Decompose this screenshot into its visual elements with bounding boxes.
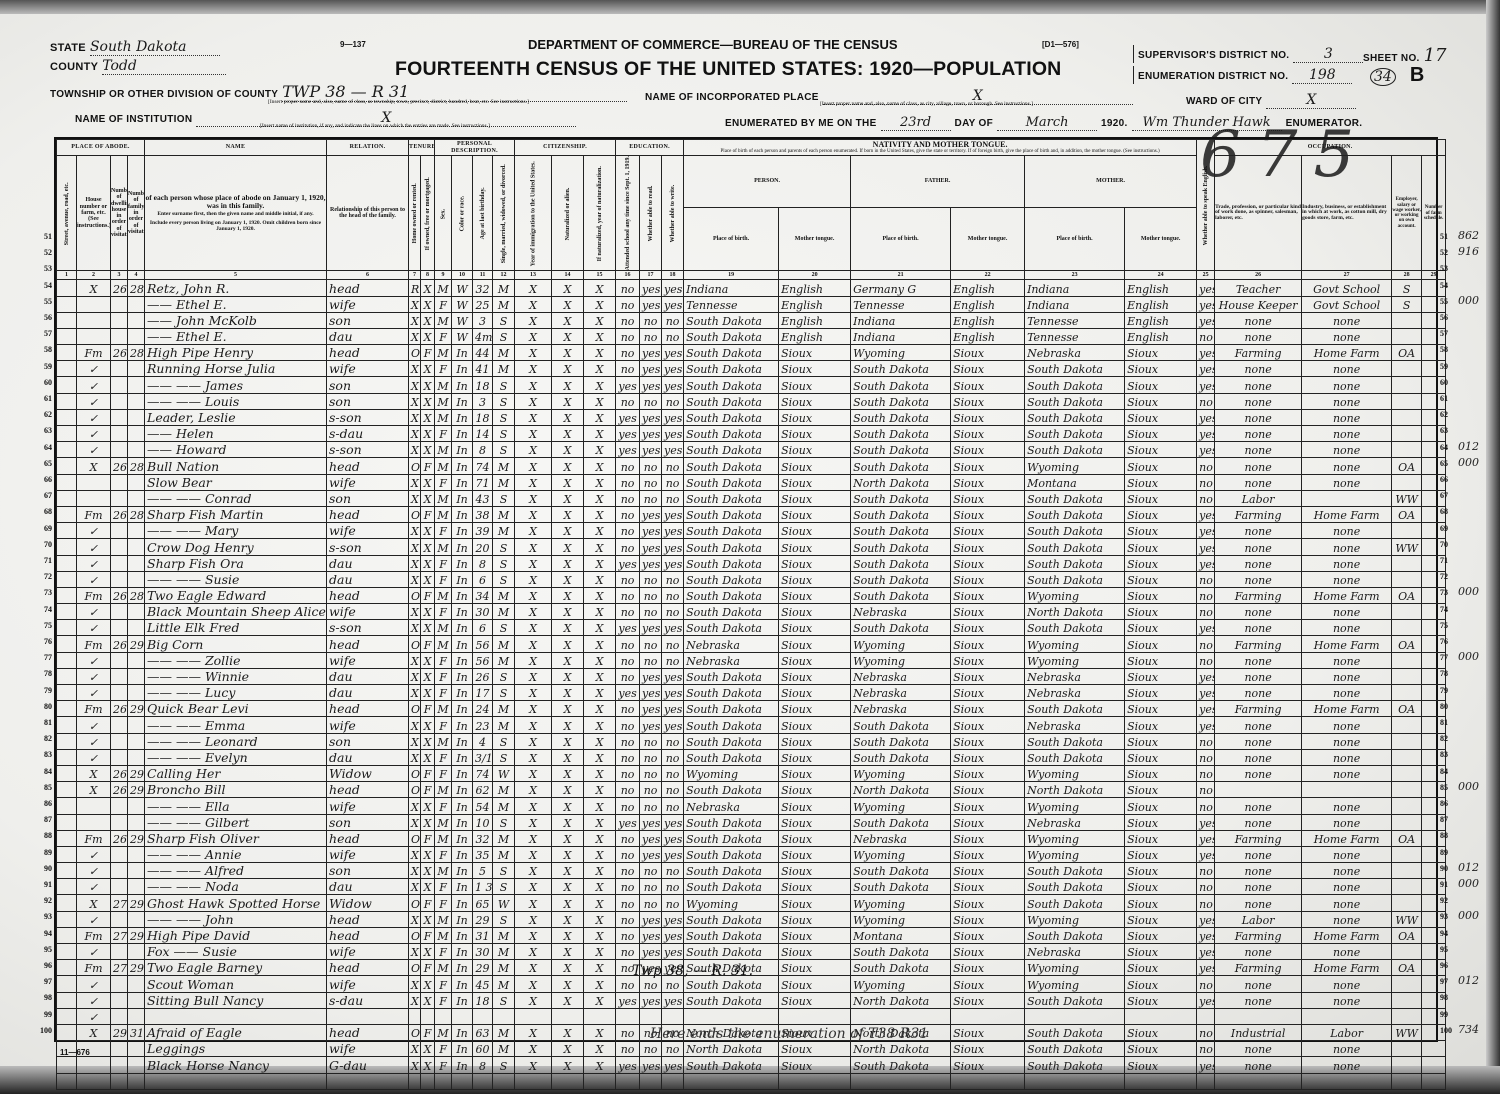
immigration-year-cell: X [515,765,552,781]
home-owned-cell: X [409,733,421,749]
marital-status-cell: S [493,393,515,409]
relation-cell [327,1008,409,1024]
family-number-cell [128,426,145,442]
street-cell [57,652,77,668]
sex-cell: M [435,490,452,506]
line-number-left: 55 [34,297,52,306]
employment-class-cell: OA [1392,506,1422,522]
mother-mother-tongue-cell: Sioux [1125,539,1197,555]
column-number: 2 [77,271,111,280]
father-birthplace-cell: South Dakota [851,393,951,409]
col-12-header: Single, married, widowed, or divorced. [493,156,515,271]
birthplace-cell: South Dakota [684,782,779,798]
father-birthplace-cell: North Dakota [851,992,951,1008]
street-cell [57,345,77,361]
house-number-cell: X [77,765,111,781]
naturalized-cell: X [552,992,584,1008]
line-number-right: 86 [1440,799,1458,808]
naturalized-cell: X [552,539,584,555]
immigration-year-cell: X [515,474,552,490]
occupation-industry-cell: none [1302,911,1392,927]
marital-status-cell: M [493,944,515,960]
age-cell: 60 [473,1041,493,1057]
speaks-english-cell: yes [1197,523,1215,539]
speaks-english-cell [1197,1008,1215,1024]
marital-status-cell: M [493,361,515,377]
naturalization-year-cell: X [584,911,616,927]
father-birthplace-cell: Nebraska [851,668,951,684]
employment-class-cell: OA [1392,927,1422,943]
employment-class-cell [1392,717,1422,733]
marital-status-cell: S [493,426,515,442]
occupation-industry-cell: none [1302,409,1392,425]
able-to-write-cell [662,1008,684,1024]
naturalization-year-cell: X [584,377,616,393]
speaks-english-cell: yes [1197,814,1215,830]
father-tongue-cell: Sioux [951,992,1025,1008]
age-cell: 45 [473,976,493,992]
mother-birthplace-cell: South Dakota [1025,1024,1125,1040]
mother-birthplace-cell: South Dakota [1025,927,1125,943]
employment-class-cell [1392,668,1422,684]
relation-cell: head [327,587,409,603]
mother-mother-tongue-cell: Sioux [1125,879,1197,895]
street-cell [57,523,77,539]
father-birthplace-cell: Nebraska [851,685,951,701]
person-name-cell: —— Howard [145,442,327,458]
relation-cell: son [327,733,409,749]
sex-cell: F [435,426,452,442]
mother-birthplace-cell: South Dakota [1025,361,1125,377]
race-cell: In [452,960,473,976]
house-number-cell [77,296,111,312]
naturalization-year-cell: X [584,587,616,603]
col-6-header: Relationship of this person to the head … [327,156,409,271]
able-to-write-cell [662,1073,684,1089]
birthplace-cell: South Dakota [684,312,779,328]
col-9-header: Sex. [435,156,452,271]
attended-school-cell: no [616,652,640,668]
mother-mother-tongue-cell: Sioux [1125,749,1197,765]
person-name-cell [145,1073,327,1089]
immigration-year-cell: X [515,426,552,442]
employment-class-cell [1392,1041,1422,1057]
immigration-year-cell: X [515,571,552,587]
department-heading: DEPARTMENT OF COMMERCE—BUREAU OF THE CEN… [528,37,898,52]
line-number-left: 64 [34,443,52,452]
owned-free-cell: X [421,733,435,749]
relation-cell: head [327,345,409,361]
line-number-left: 89 [34,848,52,857]
speaks-english-cell: no [1197,604,1215,620]
mother-tongue-cell: Sioux [779,571,851,587]
sex-cell: F [435,296,452,312]
table-row: Black Horse NancyG-dauXXFIn8SXXXyesyesye… [57,1057,1446,1073]
margin-code-note: 012 [1458,861,1479,874]
line-number-left: 56 [34,313,52,322]
speaks-english-cell: yes [1197,361,1215,377]
race-cell: In [452,863,473,879]
house-number-cell: ✓ [77,1008,111,1024]
able-to-read-cell: no [640,636,662,652]
dwelling-number-cell [111,717,128,733]
immigration-year-cell: X [515,587,552,603]
family-number-cell: 289 [128,506,145,522]
line-number-left: 85 [34,783,52,792]
family-number-cell [128,944,145,960]
race-cell: W [452,280,473,296]
race-cell [452,1073,473,1089]
birthplace-cell: North Dakota [684,1041,779,1057]
line-number-right: 75 [1440,621,1458,630]
house-number-cell: ✓ [77,604,111,620]
able-to-write-cell: yes [662,539,684,555]
margin-code-note: 000 [1458,294,1479,307]
home-owned-cell: X [409,944,421,960]
house-number-cell: X [77,895,111,911]
naturalization-year-cell: X [584,701,616,717]
family-number-cell: 296 [128,927,145,943]
line-number-right: 57 [1440,329,1458,338]
occupation-industry-cell: Home Farm [1302,587,1392,603]
attended-school-cell: no [616,782,640,798]
age-cell: 25 [473,296,493,312]
table-row: ✓Little Elk Freds-sonXXMIn6SXXXyesyesyes… [57,620,1446,636]
immigration-year-cell: X [515,604,552,620]
col-21-header: Place of birth. [851,208,951,271]
street-cell [57,361,77,377]
employment-class-cell [1392,733,1422,749]
naturalization-year-cell: X [584,879,616,895]
occupation-industry-cell: none [1302,798,1392,814]
street-cell [57,474,77,490]
group-education: EDUCATION. [616,140,684,156]
naturalization-year-cell: X [584,409,616,425]
relation-cell: head [327,506,409,522]
family-number-cell [128,733,145,749]
father-tongue-cell: Sioux [951,393,1025,409]
family-number-cell: 297 [128,960,145,976]
age-cell: 6 [473,620,493,636]
dwelling-number-cell [111,1073,128,1089]
table-row: Fm269294Sharp Fish OliverheadOFMIn32MXXX… [57,830,1446,846]
naturalized-cell: X [552,830,584,846]
line-number-right: 74 [1440,605,1458,614]
marital-status-cell: S [493,814,515,830]
naturalized-cell: X [552,280,584,296]
owned-free-cell: X [421,798,435,814]
birthplace-cell: South Dakota [684,685,779,701]
house-number-cell: ✓ [77,717,111,733]
person-name-cell: Sitting Bull Nancy [145,992,327,1008]
family-number-cell: 286 [128,280,145,296]
line-number-left: 74 [34,605,52,614]
birthplace-cell: South Dakota [684,911,779,927]
able-to-write-cell: yes [662,523,684,539]
occupation-trade-cell: none [1215,620,1302,636]
immigration-year-cell: X [515,620,552,636]
relation-cell: s-dau [327,992,409,1008]
attended-school-cell: no [616,1024,640,1040]
able-to-read-cell: yes [640,409,662,425]
mother-mother-tongue-cell: Sioux [1125,377,1197,393]
marital-status-cell: M [493,604,515,620]
immigration-year-cell: X [515,409,552,425]
naturalization-year-cell: X [584,749,616,765]
naturalization-year-cell: X [584,992,616,1008]
age-cell: 34 [473,587,493,603]
sex-cell: M [435,1024,452,1040]
able-to-read-cell: yes [640,361,662,377]
occupation-industry-cell: none [1302,895,1392,911]
father-tongue-cell: Sioux [951,620,1025,636]
sex-cell: F [435,474,452,490]
owned-free-cell: X [421,604,435,620]
occupation-industry-cell: none [1302,555,1392,571]
line-number-left: 95 [34,945,52,954]
able-to-write-cell: no [662,733,684,749]
mother-mother-tongue-cell: Sioux [1125,927,1197,943]
occupation-trade-cell [1215,1073,1302,1089]
marital-status-cell: W [493,895,515,911]
speaks-english-cell: no [1197,490,1215,506]
mother-birthplace-cell: Nebraska [1025,685,1125,701]
line-number-right: 81 [1440,718,1458,727]
marital-status-cell: M [493,846,515,862]
line-number-right: 56 [1440,313,1458,322]
ed-label: ENUMERATION DISTRICT NO. [1138,71,1288,82]
employment-class-cell [1392,749,1422,765]
mother-birthplace-cell: South Dakota [1025,1057,1125,1073]
house-number-cell: ✓ [77,442,111,458]
person-name-cell: Scout Woman [145,976,327,992]
col-25-header: Whether able to speak English. [1197,140,1215,271]
naturalization-year-cell: X [584,555,616,571]
home-owned-cell: X [409,863,421,879]
house-number-cell: ✓ [77,944,111,960]
mother-mother-tongue-cell: Sioux [1125,863,1197,879]
subgroup-mother: MOTHER. [1025,156,1197,208]
mother-mother-tongue-cell [1125,1008,1197,1024]
able-to-write-cell: no [662,604,684,620]
dwelling-number-cell [111,523,128,539]
race-cell: In [452,1024,473,1040]
naturalized-cell: X [552,555,584,571]
father-birthplace-cell: Nebraska [851,701,951,717]
person-name-cell: —— —— Winnie [145,668,327,684]
able-to-read-cell: yes [640,523,662,539]
speaks-english-cell: yes [1197,296,1215,312]
relation-cell: wife [327,717,409,733]
birthplace-cell: South Dakota [684,944,779,960]
col-14-header: Naturalized or alien. [552,156,584,271]
dwelling-number-cell [111,604,128,620]
age-cell: 20 [473,539,493,555]
naturalization-year-cell: X [584,636,616,652]
employment-class-cell [1392,1057,1422,1073]
speaks-english-cell: yes [1197,944,1215,960]
occupation-trade-cell: none [1215,717,1302,733]
speaks-english-cell: yes [1197,927,1215,943]
mother-mother-tongue-cell: Sioux [1125,846,1197,862]
relation-cell: dau [327,879,409,895]
able-to-write-cell: no [662,895,684,911]
relation-cell: wife [327,361,409,377]
birthplace-cell: South Dakota [684,830,779,846]
sex-cell [435,1073,452,1089]
occupation-industry-cell: none [1302,733,1392,749]
sex-cell: F [435,555,452,571]
naturalization-year-cell: X [584,328,616,344]
column-number: 23 [1025,271,1125,280]
home-owned-cell: X [409,668,421,684]
owned-free-cell: X [421,426,435,442]
speaks-english-cell: yes [1197,668,1215,684]
race-cell: In [452,668,473,684]
street-cell [57,782,77,798]
line-number-right: 94 [1440,929,1458,938]
occupation-industry-cell: Home Farm [1302,506,1392,522]
home-owned-cell [409,1073,421,1089]
sex-cell: F [435,976,452,992]
naturalization-year-cell: X [584,426,616,442]
home-owned-cell: X [409,1041,421,1057]
father-birthplace-cell: South Dakota [851,361,951,377]
street-cell [57,1057,77,1073]
age-cell: 74 [473,765,493,781]
father-tongue-cell: Sioux [951,863,1025,879]
race-cell: In [452,765,473,781]
owned-free-cell: X [421,571,435,587]
occupation-industry-cell: none [1302,620,1392,636]
mother-birthplace-cell: Nebraska [1025,944,1125,960]
father-tongue-cell: Sioux [951,426,1025,442]
attended-school-cell: no [616,280,640,296]
naturalization-year-cell: X [584,506,616,522]
occupation-industry-cell: none [1302,814,1392,830]
birthplace-cell: South Dakota [684,555,779,571]
owned-free-cell: X [421,539,435,555]
table-row: Fm271296High Pipe DavidheadOFMIn31MXXXno… [57,927,1446,943]
column-number: 3 [111,271,128,280]
immigration-year-cell: X [515,393,552,409]
sex-cell: M [435,458,452,474]
occupation-trade-cell: none [1215,458,1302,474]
immigration-year-cell: X [515,296,552,312]
speaks-english-cell: no [1197,895,1215,911]
marital-status-cell: S [493,571,515,587]
able-to-read-cell: no [640,782,662,798]
mother-tongue-cell: Sioux [779,620,851,636]
naturalization-year-cell: X [584,765,616,781]
father-birthplace-cell: Nebraska [851,830,951,846]
able-to-read-cell: yes [640,927,662,943]
father-tongue-cell: Sioux [951,846,1025,862]
father-tongue-cell: Sioux [951,749,1025,765]
mother-birthplace-cell: Tennesse [1025,328,1125,344]
occupation-industry-cell: none [1302,312,1392,328]
relation-cell: Widow [327,765,409,781]
occupation-industry-cell [1302,490,1392,506]
able-to-write-cell: yes [662,1057,684,1073]
father-birthplace-cell: Wyoming [851,765,951,781]
street-cell [57,960,77,976]
speaks-english-cell: yes [1197,701,1215,717]
line-number-right: 54 [1440,281,1458,290]
employment-class-cell: OA [1392,587,1422,603]
naturalization-year-cell: X [584,927,616,943]
person-name-cell: Sharp Fish Martin [145,506,327,522]
able-to-read-cell: yes [640,442,662,458]
father-birthplace-cell: Montana [851,927,951,943]
home-owned-cell: X [409,1057,421,1073]
father-tongue-cell: English [951,312,1025,328]
person-name-cell: Sharp Fish Oliver [145,830,327,846]
able-to-write-cell: no [662,1041,684,1057]
employment-class-cell [1392,474,1422,490]
relation-cell: dau [327,571,409,587]
father-birthplace-cell: South Dakota [851,426,951,442]
marital-status-cell: S [493,539,515,555]
speaks-english-cell [1197,1073,1215,1089]
sex-cell: F [435,668,452,684]
occupation-trade-cell: none [1215,976,1302,992]
able-to-read-cell: no [640,1041,662,1057]
house-number-cell [77,328,111,344]
speaks-english-cell: no [1197,587,1215,603]
column-number: 10 [452,271,473,280]
naturalized-cell: X [552,1041,584,1057]
street-cell [57,620,77,636]
mother-tongue-cell: Sioux [779,426,851,442]
line-number-left: 86 [34,799,52,808]
line-number-right: 82 [1440,734,1458,743]
employment-class-cell [1392,1008,1422,1024]
line-number-left: 84 [34,767,52,776]
col-5-sub1: Enter surname first, then the given name… [145,212,326,218]
dwelling-number-cell [111,571,128,587]
line-number-left: 81 [34,718,52,727]
speaks-english-cell: yes [1197,426,1215,442]
supervisor-value: 3 [1293,46,1363,63]
occupation-trade-cell: none [1215,733,1302,749]
line-number-left: 59 [34,362,52,371]
occupation-industry-cell: none [1302,328,1392,344]
line-number-right: 96 [1440,961,1458,970]
immigration-year-cell: X [515,312,552,328]
street-cell [57,830,77,846]
house-number-cell: ✓ [77,733,111,749]
house-number-cell: ✓ [77,749,111,765]
street-cell [57,506,77,522]
marital-status-cell: M [493,523,515,539]
occupation-trade-cell: none [1215,895,1302,911]
line-number-left: 76 [34,637,52,646]
column-number: 8 [421,271,435,280]
able-to-write-cell: no [662,652,684,668]
table-row: Slow BearwifeXXFIn71MXXXnononoSouth Dako… [57,474,1446,490]
sheet-side: B [1410,64,1424,86]
speaks-english-cell: yes [1197,911,1215,927]
marital-status-cell: M [493,636,515,652]
occupation-industry-cell: Home Farm [1302,701,1392,717]
dwelling-number-cell: 269 [111,830,128,846]
father-birthplace-cell: South Dakota [851,506,951,522]
mother-birthplace-cell: South Dakota [1025,426,1125,442]
speaks-english-cell: yes [1197,377,1215,393]
owned-free-cell: X [421,668,435,684]
immigration-year-cell: X [515,798,552,814]
